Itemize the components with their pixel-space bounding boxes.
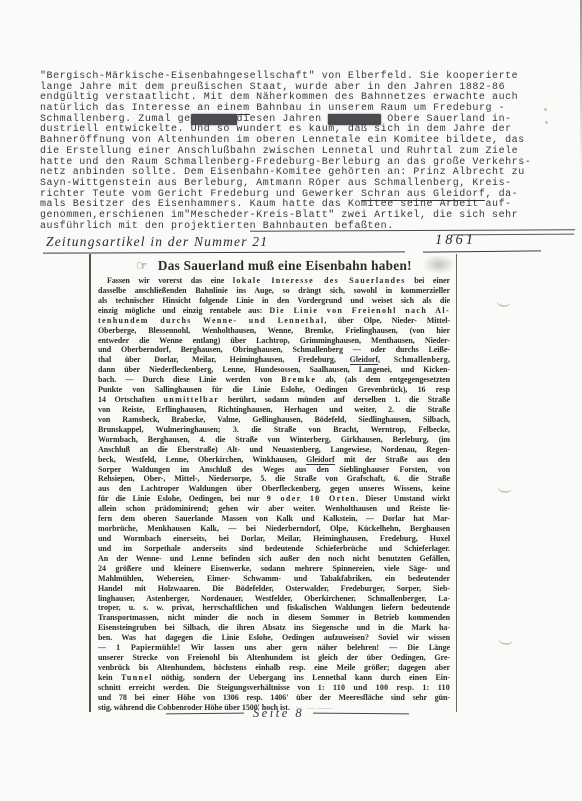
caption-text: Zeitungsartikel in der Nummer 21 <box>46 234 268 250</box>
newspaper-clipping: ☞ Das Sauerland muß eine Eisenbahn haben… <box>89 254 457 712</box>
text-line: dann über Niederfleckenberg, Lenne, Hund… <box>98 365 450 375</box>
text-line: Handel mit Holzwaaren. Die Bödefelder, O… <box>98 584 450 594</box>
page-footer: Seite 8 <box>166 706 428 721</box>
text-line: und im Sorpethale anderseits sind bedeut… <box>98 544 450 554</box>
text-line: thal über Dorlar, Meilar, Heiminghausen,… <box>98 355 450 365</box>
text-line: bach. — Durch diese Linie werden von Bre… <box>98 375 450 385</box>
text-line: 14 Ortschaften unmittelbar berührt, soda… <box>98 395 450 405</box>
text-line: kein Tunnel nöthig, sondern der Uebergan… <box>98 673 450 683</box>
pencil-mark: ) <box>497 639 515 646</box>
text-line: und Oberberndorf, Berghausen, Obringhaus… <box>98 345 450 355</box>
text-line: 24 größere und kleinere Eisenwerke, soda… <box>98 564 450 574</box>
text-line: An der Wenne- und Lenne befinden sich au… <box>98 554 450 564</box>
text-line: troper, u. s. w. privat, herrschaftliche… <box>98 603 450 613</box>
text-line: Anschluß an die Eberstraße) Alt- und Neu… <box>98 445 450 455</box>
text-line: für die Linie Eslohe, Oedingen, bei nur … <box>98 494 450 504</box>
text-line: morbrüche, Menkhausen Kalk, — bei Nieder… <box>98 524 450 534</box>
text-line: linghauser, Astenberger, Nordenauer, Wes… <box>98 594 450 604</box>
text-line: Punkte von Sallinghausen für die Linie E… <box>98 385 450 395</box>
text-line: — 1 Papiermühle! Wir lassen uns aber ger… <box>98 643 450 653</box>
typed-paragraph: "Bergisch-Märkische-Eisenbahngesellschaf… <box>40 72 548 232</box>
caption-year: 1861 <box>435 232 476 249</box>
footer-rule <box>313 713 409 715</box>
text-line: beck, Westfeld, Lenne, Oberkirchen, Wink… <box>98 455 450 465</box>
text-line: venbrück bis Altenhundem, höchstens einh… <box>98 663 450 673</box>
pencil-mark: ) <box>496 487 514 494</box>
text-line: fern dem oberen Sauerlande Massen von Ka… <box>98 514 450 524</box>
text-line: und Wormbach einerseits, bei Dorlar, Mei… <box>98 534 450 544</box>
text-line: ben. Was hat dagegen die Linie Eslohe, O… <box>98 633 450 643</box>
text-line: unserer Strecke von Freienohl bis Altenh… <box>98 653 450 663</box>
text-line: Transportmassen, nicht minder die noch i… <box>98 613 450 623</box>
text-line: von Ramsbeck, Brabecke, Valme, Gellingha… <box>98 415 450 425</box>
text-line: Brunskappel, Wulmeringhausen; 3. die Str… <box>98 425 450 435</box>
footer-rule <box>166 713 244 715</box>
text-line: Eisensteingruben bei Silbach, die ihren … <box>98 623 450 633</box>
scan-speck <box>545 121 548 124</box>
text-line: entweder die Wenne entlang) über Lachtro… <box>98 336 450 346</box>
text-line: Sorper Waldungen im Anschluß des Weges a… <box>98 465 450 475</box>
page-number: Seite 8 <box>253 706 304 721</box>
text-line: Fassen wir vorerst das eine lokale Inter… <box>98 276 450 286</box>
text-line: und 78 bei einer Höhe von 1306 resp. 140… <box>98 693 450 703</box>
pencil-mark: ) <box>495 301 513 308</box>
text-line: Mahlmühlen, Webereien, Eimer- Schwamm- u… <box>98 574 450 584</box>
scanned-document-page: "Bergisch-Märkische-Eisenbahngesellschaf… <box>0 0 582 801</box>
text-line: als technischer Hinsicht folgende Linie … <box>98 296 450 306</box>
text-line: einzig mögliche und einzig rentabele aus… <box>98 306 450 316</box>
text-line: von Reiste, Erflinghausen, Richtinghause… <box>98 405 450 415</box>
text-line: schnitt erreicht werden. Die Steigungsve… <box>98 683 450 693</box>
text-line: tenhundem durchs Wenne- und Lennethal, ü… <box>98 316 450 326</box>
article-header: ☞ Das Sauerland muß eine Eisenbahn haben… <box>98 256 450 276</box>
text-line: dasselbe anschließenden Bahnlinie ins Au… <box>98 286 450 296</box>
ink-smudge <box>423 255 455 274</box>
text-line: Oberberge, Blessennohl, Wenholthausen, W… <box>98 326 450 336</box>
scan-speck <box>544 108 547 111</box>
printers-fist-icon: ☞ <box>136 258 148 274</box>
text-line: Rehsiepen, Ober-, Mittel-, Niedersorpe, … <box>98 474 450 484</box>
article-title: Das Sauerland muß eine Eisenbahn haben! <box>158 258 412 274</box>
article-body: Fassen wir vorerst das eine lokale Inter… <box>98 276 450 713</box>
text-line: Wormbach, Berghausen, 4. die Straße von … <box>98 435 450 445</box>
text-line: allein schon prädominirend; gehen wir ab… <box>98 504 450 514</box>
caption-year-underline <box>423 250 541 252</box>
text-line: aus den Lachtroper Waldungen über Oberfl… <box>98 484 450 494</box>
